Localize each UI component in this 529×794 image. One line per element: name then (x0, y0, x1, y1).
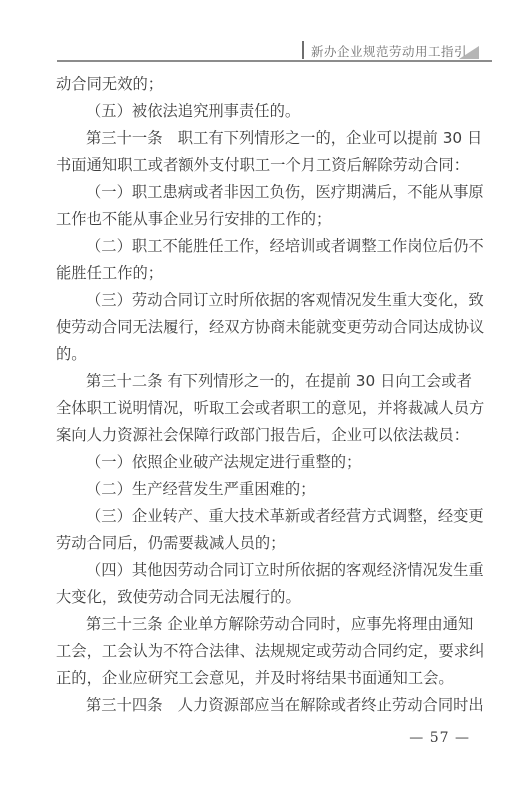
body-line: （一）依照企业破产法规定进行重整的； (56, 449, 476, 476)
body-line: （二）生产经营发生严重困难的； (56, 476, 476, 503)
body-line: 第三十三条 企业单方解除劳动合同时，应事先将理由通知 (56, 611, 476, 638)
body-line: 第三十二条 有下列情形之一的，在提前 30 日向工会或者 (56, 368, 476, 395)
body-text: 动合同无效的；（五）被依法追究刑事责任的。第三十一条 职工有下列情形之一的，企业… (56, 71, 476, 719)
document-page: 新办企业规范劳动用工指引 动合同无效的；（五）被依法追究刑事责任的。第三十一条 … (0, 0, 529, 794)
body-line: 案向人力资源社会保障行政部门报告后，企业可以依法裁员： (56, 422, 476, 449)
body-line: （三）劳动合同订立时所依据的客观情况发生重大变化，致 (56, 287, 476, 314)
header-divider-bar (302, 41, 304, 59)
body-line: 能胜任工作的； (56, 260, 476, 287)
triangle-icon (459, 46, 479, 59)
body-line: 工作也不能从事企业另行安排的工作的； (56, 206, 476, 233)
body-line: 工会，工会认为不符合法律、法规规定或劳动合同约定，要求纠 (56, 638, 476, 665)
page-number: — 57 — (409, 730, 470, 746)
body-line: 第三十一条 职工有下列情形之一的，企业可以提前 30 日 (56, 125, 476, 152)
body-line: 正的，企业应研究工会意见，并及时将结果书面通知工会。 (56, 665, 476, 692)
body-line: 大变化，致使劳动合同无法履行的。 (56, 584, 476, 611)
body-line: （二）职工不能胜任工作，经培训或者调整工作岗位后仍不 (56, 233, 476, 260)
body-line: 书面通知职工或者额外支付职工一个月工资后解除劳动合同： (56, 152, 476, 179)
body-line: 第三十四条 人力资源部应当在解除或者终止劳动合同时出 (56, 692, 476, 719)
body-line: （五）被依法追究刑事责任的。 (56, 98, 476, 125)
header-rule (57, 60, 492, 62)
body-line: （一）职工患病或者非因工负伤，医疗期满后，不能从事原 (56, 179, 476, 206)
body-line: 动合同无效的； (56, 71, 476, 98)
body-line: （四）其他因劳动合同订立时所依据的客观经济情况发生重 (56, 557, 476, 584)
body-line: 劳动合同后，仍需要裁减人员的； (56, 530, 476, 557)
body-line: 使劳动合同无法履行，经双方协商未能就变更劳动合同达成协议 (56, 314, 476, 341)
body-line: （三）企业转产、重大技术革新或者经营方式调整，经变更 (56, 503, 476, 530)
body-line: 的。 (56, 341, 476, 368)
header-title: 新办企业规范劳动用工指引 (311, 42, 467, 60)
body-line: 全体职工说明情况，听取工会或者职工的意见，并将裁减人员方 (56, 395, 476, 422)
